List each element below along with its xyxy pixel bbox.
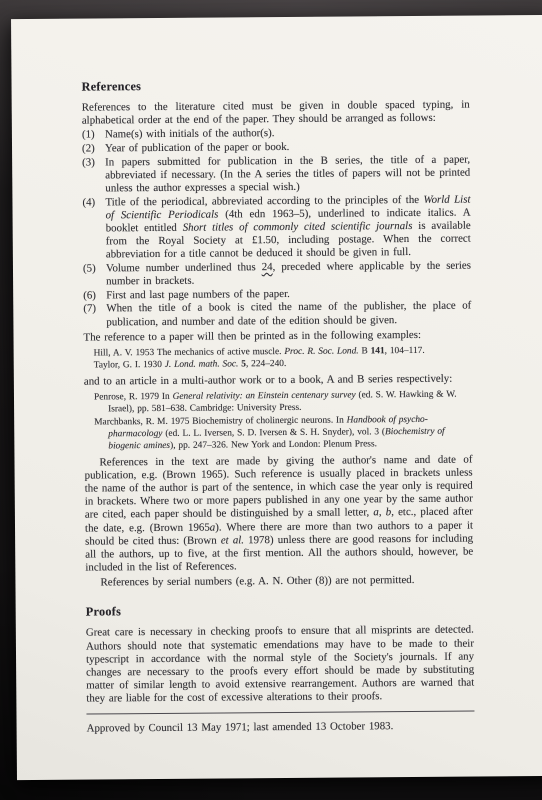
text-run: Proc. R. Soc. Lond.: [284, 346, 358, 357]
text-run: General relativity: an Einstein centenar…: [173, 390, 356, 401]
footer-rule: [86, 711, 474, 715]
text-run: Short titles of commonly cited scientifi…: [183, 220, 413, 234]
text-run: The reference to a paper will then be pr…: [83, 329, 421, 344]
references-heading: References: [81, 77, 469, 95]
text-run: et al.: [221, 534, 244, 546]
text-run: , 104–117.: [385, 346, 425, 356]
references-intro-paragraph: References to the literature cited must …: [82, 99, 470, 128]
text-run: Taylor, G. I. 1930: [94, 360, 165, 371]
text-run: 24: [262, 261, 273, 273]
text-run: References by serial numbers (e.g. A. N.…: [100, 574, 414, 588]
item-text: Title of the periodical, abbreviated acc…: [105, 193, 471, 262]
item-number: (4): [82, 196, 106, 262]
text-run: Year of publication of the paper or book…: [105, 141, 289, 154]
item-number: (7): [83, 303, 106, 329]
book-examples-intro: and to an article in a multi-author work…: [84, 372, 472, 388]
text-run: J. Lond. math. Soc.: [165, 360, 239, 371]
text-run: Title of the periodical, abbreviated acc…: [105, 193, 423, 207]
book-example-references: Penrose, R. 1979 In General relativity: …: [84, 388, 472, 453]
numbered-rule-item: (3)In papers submitted for publication i…: [82, 153, 470, 196]
reference-example: Marchbanks, R. M. 1975 Biochemistry of c…: [94, 413, 472, 453]
citation-style-paragraph: References in the text are made by givin…: [84, 453, 473, 574]
item-number: (2): [82, 142, 105, 155]
text-run: (ed. L. L. Iversen, S. D. Iversen & S. H…: [162, 427, 385, 439]
photo-background: References References to the literature …: [0, 0, 542, 800]
text-run: In papers submitted for publication in t…: [105, 153, 470, 194]
text-run: Name(s) with initials of the author(s).: [105, 127, 275, 140]
text-run: Penrose, R. 1979 In: [94, 392, 173, 403]
item-text: Volume number underlined thus 24, preced…: [106, 259, 471, 288]
item-text: When the title of a book is cited the na…: [106, 300, 471, 329]
proofs-paragraph: Great care is necessary in checking proo…: [86, 624, 475, 706]
item-text: In papers submitted for publication in t…: [105, 153, 470, 195]
item-number: (1): [82, 129, 105, 142]
text-run: First and last page numbers of the paper…: [106, 288, 290, 301]
text-run: , 224–240.: [246, 359, 286, 369]
reference-example: Penrose, R. 1979 In General relativity: …: [94, 388, 472, 416]
serial-numbers-paragraph: References by serial numbers (e.g. A. N.…: [85, 574, 473, 590]
item-number: (3): [82, 156, 105, 196]
text-run: Marchbanks, R. M. 1975 Biochemistry of c…: [94, 415, 347, 427]
text-run: B: [359, 346, 371, 356]
approved-by-council-line: Approved by Council 13 May 1971; last am…: [87, 720, 475, 736]
numbered-rule-item: (7)When the title of a book is cited the…: [83, 300, 471, 329]
numbered-rule-item: (5)Volume number underlined thus 24, pre…: [83, 259, 471, 288]
item-number: (6): [83, 289, 106, 302]
numbered-rule-item: (4)Title of the periodical, abbreviated …: [82, 193, 471, 262]
text-run: When the title of a book is cited the na…: [106, 300, 471, 328]
proofs-heading: Proofs: [86, 602, 474, 620]
text-run: ), pp. 247–326. New York and London: Ple…: [170, 440, 377, 452]
document-page: References References to the literature …: [11, 15, 542, 780]
text-run: and to an article in a multi-author work…: [84, 372, 452, 387]
item-number: (5): [83, 262, 106, 288]
text-run: Great care is necessary in checking proo…: [86, 624, 474, 705]
text-run: References to the literature cited must …: [82, 99, 470, 127]
references-rules-list: (1)Name(s) with initials of the author(s…: [82, 126, 472, 329]
text-run: 141: [371, 346, 385, 356]
paper-example-references: Hill, A. V. 1953 The mechanics of active…: [84, 344, 472, 372]
text-run: Hill, A. V. 1953 The mechanics of active…: [94, 347, 285, 358]
reference-example: Taylor, G. I. 1930 J. Lond. math. Soc. 5…: [94, 357, 472, 372]
paper-examples-intro: The reference to a paper will then be pr…: [83, 328, 471, 344]
text-run: Volume number underlined thus: [106, 261, 262, 274]
